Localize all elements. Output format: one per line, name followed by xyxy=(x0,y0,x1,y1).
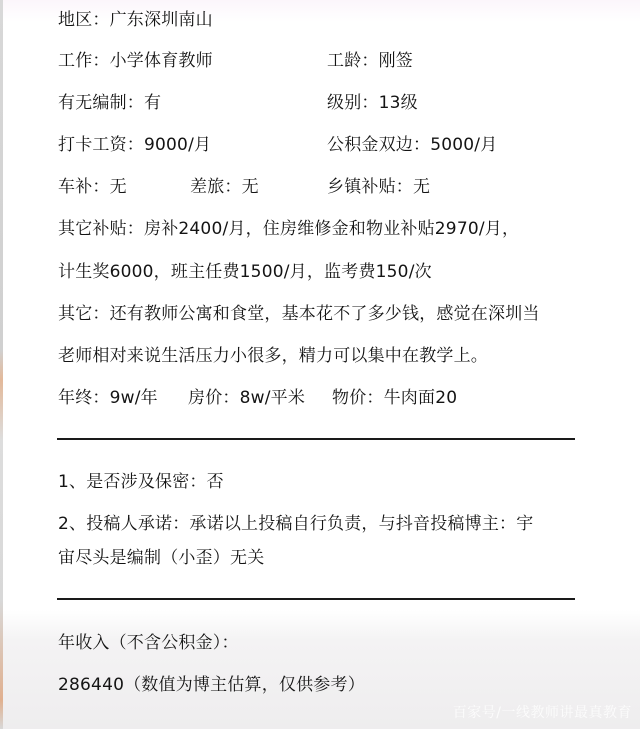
divider-bottom xyxy=(57,598,575,600)
township-allowance-text: 乡镇补贴：无 xyxy=(327,176,430,198)
house-price-text: 房价：8w/平米 xyxy=(188,387,305,409)
travel-allowance-text: 差旅：无 xyxy=(190,176,259,198)
annual-income-label: 年收入（不含公积金）： xyxy=(58,632,239,654)
job-text: 工作：小学体育教师 xyxy=(58,50,213,72)
establishment-text: 有无编制：有 xyxy=(58,92,161,114)
image-left-edge xyxy=(0,0,3,729)
other-notes-line2: 老师相对来说生活压力小很多，精力可以集中在教学上。 xyxy=(58,345,488,367)
seniority-text: 工龄：刚签 xyxy=(327,50,413,72)
other-allowances-line1: 其它补贴：房补2400/月，住房维修金和物业补贴2970/月， xyxy=(58,218,519,240)
car-allowance-text: 车补：无 xyxy=(58,176,127,198)
level-text: 级别：13级 xyxy=(327,92,418,114)
housing-fund-text: 公积金双边：5000/月 xyxy=(327,134,497,156)
year-end-bonus-text: 年终：9w/年 xyxy=(58,387,158,409)
divider-top xyxy=(57,438,575,440)
other-notes-line1: 其它：还有教师公寓和食堂，基本花不了多少钱，感觉在深圳当 xyxy=(58,303,540,325)
source-watermark: 百家号/一线教师讲最真教育 xyxy=(453,702,632,722)
prices-text: 物价：牛肉面20 xyxy=(332,387,457,409)
other-allowances-line2: 计生奖6000，班主任费1500/月，监考费150/次 xyxy=(58,261,432,283)
region-text: 地区：广东深圳南山 xyxy=(58,9,213,31)
salary-text: 打卡工资：9000/月 xyxy=(58,134,211,156)
submitter-promise-line1: 2、投稿人承诺：承诺以上投稿自行负责，与抖音投稿博主：宇 xyxy=(58,513,533,535)
confidentiality-statement: 1、是否涉及保密：否 xyxy=(58,471,224,493)
annual-income-value: 286440（数值为博主估算，仅供参考） xyxy=(58,674,365,696)
submitter-promise-line2: 宙尽头是编制（小歪）无关 xyxy=(58,547,264,569)
